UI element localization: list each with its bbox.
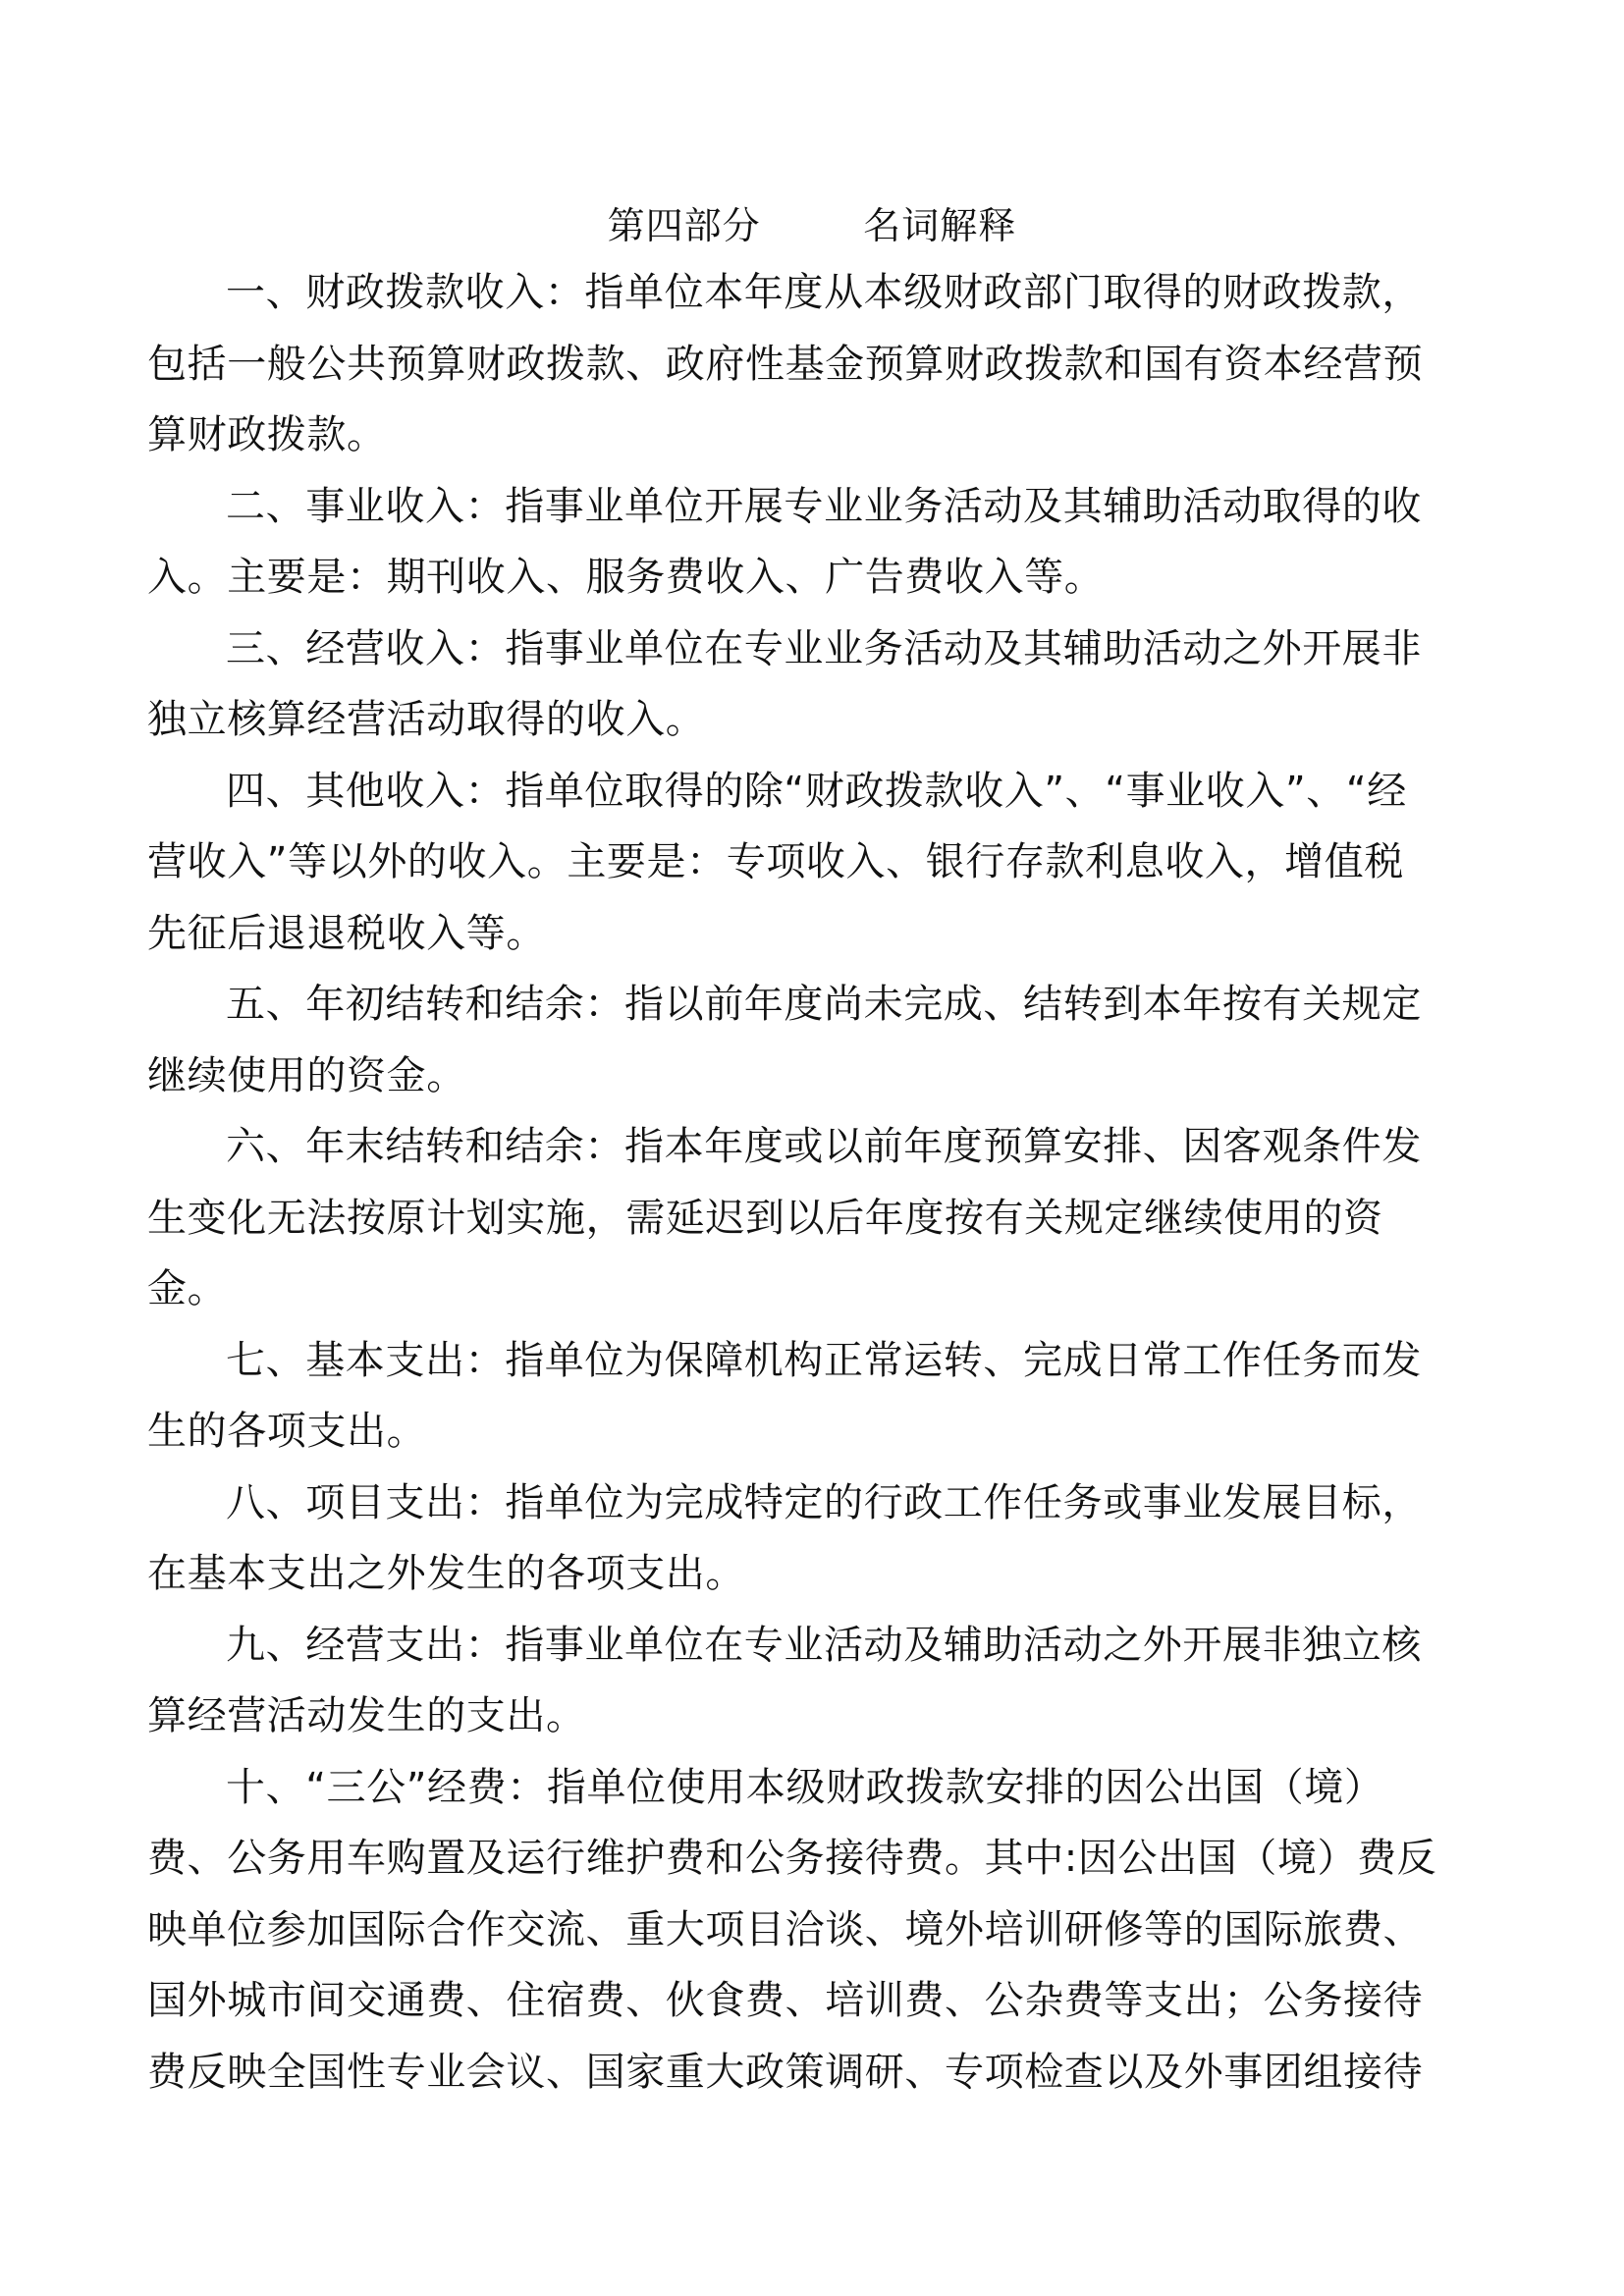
paragraph-line: 费、公务用车购置及运行维护费和公务接待费。其中:因公出国（境）费反 <box>147 1823 1483 1895</box>
paragraph-line: 费反映全国性专业会议、国家重大政策调研、专项检查以及外事团组接待 <box>147 2037 1483 2109</box>
definition-paragraph-7: 七、基本支出：指单位为保障机构正常运转、完成日常工作任务而发 生的各项支出。 <box>147 1325 1483 1468</box>
paragraph-line: 八、项目支出：指单位为完成特定的行政工作任务或事业发展目标， <box>147 1468 1483 1539</box>
paragraph-line: 入。主要是：期刊收入、服务费收入、广告费收入等。 <box>147 542 1483 614</box>
paragraph-line: 三、经营收入：指事业单位在专业业务活动及其辅助活动之外开展非 <box>147 614 1483 685</box>
document-page: 第四部分 名词解释 一、财政拨款收入：指单位本年度从本级财政部门取得的财政拨款，… <box>0 0 1624 2296</box>
paragraph-line: 在基本支出之外发生的各项支出。 <box>147 1538 1483 1610</box>
paragraph-line: 先征后退退税收入等。 <box>147 898 1483 970</box>
paragraph-line: 二、事业收入：指事业单位开展专业业务活动及其辅助活动取得的收 <box>147 471 1483 543</box>
section-title: 第四部分 名词解释 <box>0 196 1624 255</box>
definitions-body: 一、财政拨款收入：指单位本年度从本级财政部门取得的财政拨款， 包括一般公共预算财… <box>147 257 1483 2108</box>
paragraph-line: 一、财政拨款收入：指单位本年度从本级财政部门取得的财政拨款， <box>147 257 1483 329</box>
paragraph-line: 营收入”等以外的收入。主要是：专项收入、银行存款利息收入，增值税 <box>147 827 1483 898</box>
paragraph-line: 算财政拨款。 <box>147 400 1483 471</box>
definition-paragraph-5: 五、年初结转和结余：指以前年度尚未完成、结转到本年按有关规定 继续使用的资金。 <box>147 969 1483 1111</box>
definition-paragraph-4: 四、其他收入：指单位取得的除“财政拨款收入”、“事业收入”、“经 营收入”等以外… <box>147 756 1483 970</box>
paragraph-line: 独立核算经营活动取得的收入。 <box>147 684 1483 756</box>
paragraph-line: 生的各项支出。 <box>147 1396 1483 1468</box>
paragraph-line: 金。 <box>147 1254 1483 1325</box>
paragraph-line: 五、年初结转和结余：指以前年度尚未完成、结转到本年按有关规定 <box>147 969 1483 1041</box>
definition-paragraph-8: 八、项目支出：指单位为完成特定的行政工作任务或事业发展目标， 在基本支出之外发生… <box>147 1468 1483 1610</box>
paragraph-line: 映单位参加国际合作交流、重大项目洽谈、境外培训研修等的国际旅费、 <box>147 1895 1483 1966</box>
definition-paragraph-3: 三、经营收入：指事业单位在专业业务活动及其辅助活动之外开展非 独立核算经营活动取… <box>147 614 1483 756</box>
paragraph-line: 包括一般公共预算财政拨款、政府性基金预算财政拨款和国有资本经营预 <box>147 329 1483 400</box>
definition-paragraph-9: 九、经营支出：指事业单位在专业活动及辅助活动之外开展非独立核 算经营活动发生的支… <box>147 1610 1483 1752</box>
paragraph-line: 四、其他收入：指单位取得的除“财政拨款收入”、“事业收入”、“经 <box>147 756 1483 828</box>
paragraph-line: 继续使用的资金。 <box>147 1041 1483 1112</box>
paragraph-line: 六、年末结转和结余：指本年度或以前年度预算安排、因客观条件发 <box>147 1111 1483 1183</box>
paragraph-line: 国外城市间交通费、住宿费、伙食费、培训费、公杂费等支出；公务接待 <box>147 1965 1483 2037</box>
definition-paragraph-1: 一、财政拨款收入：指单位本年度从本级财政部门取得的财政拨款， 包括一般公共预算财… <box>147 257 1483 471</box>
paragraph-line: 九、经营支出：指事业单位在专业活动及辅助活动之外开展非独立核 <box>147 1610 1483 1682</box>
paragraph-line: 七、基本支出：指单位为保障机构正常运转、完成日常工作任务而发 <box>147 1325 1483 1397</box>
paragraph-line: 生变化无法按原计划实施，需延迟到以后年度按有关规定继续使用的资 <box>147 1183 1483 1255</box>
definition-paragraph-2: 二、事业收入：指事业单位开展专业业务活动及其辅助活动取得的收 入。主要是：期刊收… <box>147 471 1483 614</box>
definition-paragraph-10: 十、“三公”经费：指单位使用本级财政拨款安排的因公出国（境） 费、公务用车购置及… <box>147 1752 1483 2109</box>
definition-paragraph-6: 六、年末结转和结余：指本年度或以前年度预算安排、因客观条件发 生变化无法按原计划… <box>147 1111 1483 1325</box>
paragraph-line: 算经营活动发生的支出。 <box>147 1681 1483 1752</box>
paragraph-line: 十、“三公”经费：指单位使用本级财政拨款安排的因公出国（境） <box>147 1752 1483 1824</box>
